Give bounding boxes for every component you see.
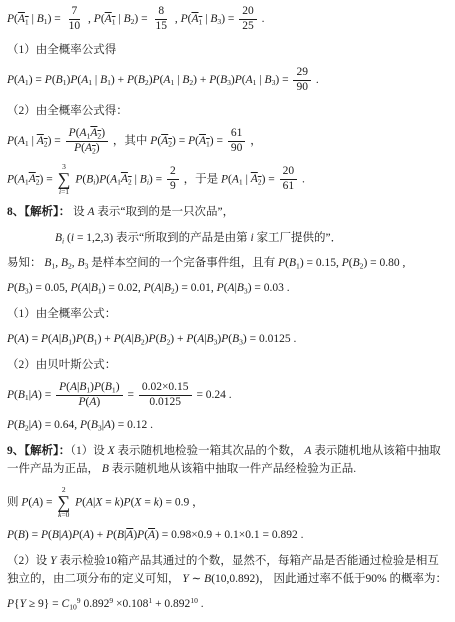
document-page: P(A1 | B1) = 710 , P(A1 | B2) = 815 , P(…	[0, 0, 455, 622]
text-line-7: 8、【解析】： 设 A 表示“取到的是一只次品”，	[7, 203, 449, 221]
fraction: 710	[66, 5, 84, 34]
text-line-18: P(B) = P(B|A)P(A) + P(B|A)P(A) = 0.98×0.…	[7, 526, 449, 544]
fraction: 0.02×0.150.0125	[139, 381, 192, 410]
text-line-15: P(B2|A) = 0.64, P(B3|A) = 0.12 .	[7, 416, 449, 434]
text-line-11: （1）由全概率公式：	[7, 305, 449, 323]
fraction: P(A1A2)P(A2)	[66, 127, 108, 156]
text-line-14: P(B1|A) = P(A|B1)P(B1)P(A) = 0.02×0.150.…	[7, 381, 449, 410]
fraction: 2025	[239, 5, 257, 34]
text-line-13: （2）由贝叶斯公式：	[7, 356, 449, 374]
text-line-12: P(A) = P(A|B1)P(B1) + P(A|B2)P(B2) + P(A…	[7, 330, 449, 348]
text-line-5: P(A1 | A2) = P(A1A2)P(A2) ，其中 P(A2) = P(…	[7, 127, 449, 156]
text-line-1: P(A1 | B1) = 710 , P(A1 | B2) = 815 , P(…	[7, 5, 449, 34]
fraction: 6190	[228, 127, 246, 156]
fraction: 2061	[280, 165, 298, 194]
text-line-8: Bi (i = 1,2,3) 表示“所取到的产品是由第 i 家工厂提供的”．	[55, 229, 449, 247]
fraction: 29	[167, 165, 179, 194]
fraction: 815	[152, 5, 170, 34]
text-line-2: （1）由全概率公式得	[7, 41, 449, 59]
summation-sigma: 2∑k=0	[57, 486, 70, 520]
text-line-3: P(A1) = P(B1)P(A1 | B1) + P(B2)P(A1 | B2…	[7, 66, 449, 95]
fraction: P(A|B1)P(B1)P(A)	[56, 381, 122, 410]
text-line-20: P{Y ≥ 9} = C109 0.8929 ×0.1081 + 0.89210…	[7, 595, 449, 613]
text-line-6: P(A1A2) = 3∑i=1 P(Bi)P(A1A2 | Bi) = 29 ，…	[7, 163, 449, 197]
text-line-10: P(B3) = 0.05, P(A|B1) = 0.02, P(A|B2) = …	[7, 279, 449, 297]
text-line-4: （2）由全概率公式得：	[7, 102, 449, 120]
text-line-17: 则 P(A) = 2∑k=0 P(A|X = k)P(X = k) = 0.9 …	[7, 486, 449, 520]
text-line-9: 易知： B1, B2, B3 是样本空间的一个完备事件组，且有 P(B1) = …	[7, 254, 449, 272]
fraction: 2990	[293, 66, 311, 95]
text-line-19: （2）设 Y 表示检验10箱产品其通过的个数，显然不，每箱产品是否能通过检验是相…	[7, 552, 449, 589]
document-body: P(A1 | B1) = 710 , P(A1 | B2) = 815 , P(…	[7, 5, 449, 614]
summation-sigma: 3∑i=1	[58, 163, 71, 197]
text-line-16: 9、【解析】：（1）设 X 表示随机地检验一箱其次品的个数， A 表示随机地从该…	[7, 442, 449, 479]
